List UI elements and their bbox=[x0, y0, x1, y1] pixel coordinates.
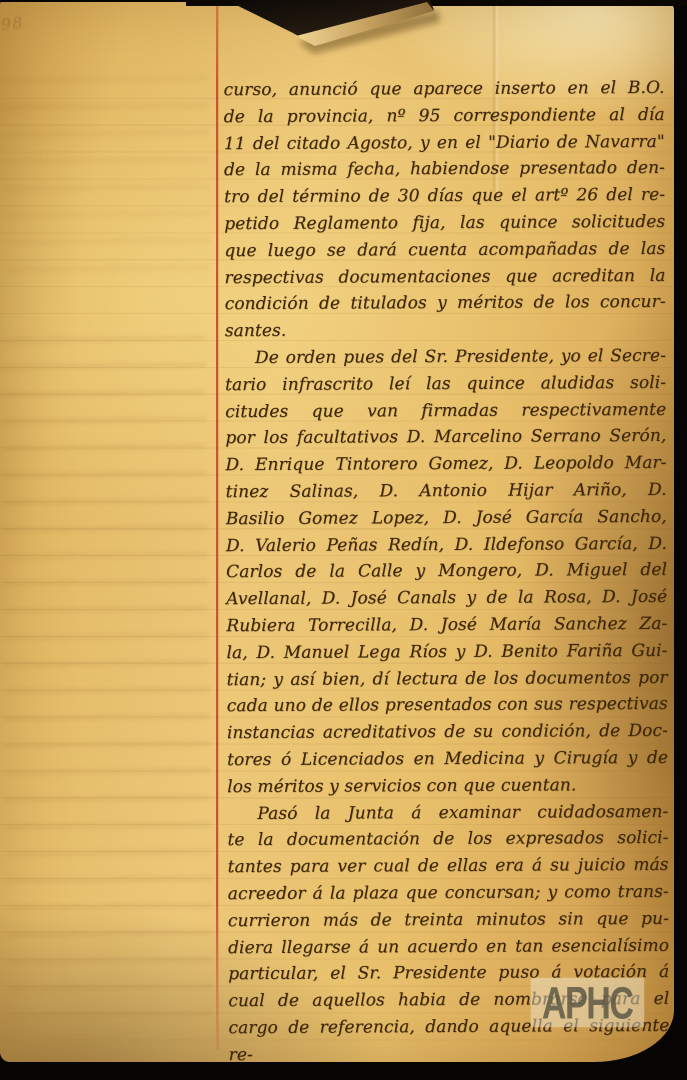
manuscript-line: santes. bbox=[225, 316, 666, 345]
manuscript-line: curso, anunció que aparece inserto en el… bbox=[223, 75, 664, 104]
manuscript-line: D. Valerio Peñas Redín, D. Ildefonso Gar… bbox=[226, 530, 667, 559]
manuscript-line: condición de titulados y méritos de los … bbox=[225, 289, 666, 318]
manuscript-line: tinez Salinas, D. Antonio Hijar Ariño, D… bbox=[226, 477, 667, 506]
manuscript-line: acreedor á la plaza que concursan; y com… bbox=[228, 879, 669, 908]
manuscript-line: por los facultativos D. Marcelino Serran… bbox=[225, 423, 666, 452]
manuscript-line: Avellanal, D. José Canals y de la Rosa, … bbox=[226, 584, 667, 613]
manuscript-line: la, D. Manuel Lega Ríos y D. Benito Fari… bbox=[226, 638, 667, 667]
manuscript-line: Pasó la Junta á examinar cuidadosamen- bbox=[227, 798, 668, 827]
manuscript-line: De orden pues del Sr. Presidente, yo el … bbox=[225, 343, 666, 372]
manuscript-line: de la provincia, nº 95 correspondiente a… bbox=[224, 102, 665, 131]
manuscript-line: tian; y así bien, dí lectura de los docu… bbox=[227, 664, 668, 693]
manuscript-line: diera llegarse á un acuerdo en tan esenc… bbox=[228, 932, 669, 961]
manuscript-line: Rubiera Torrecilla, D. José María Sanche… bbox=[226, 611, 667, 640]
manuscript-line: tantes para ver cual de ellas era á su j… bbox=[228, 852, 669, 881]
manuscript-line: cada uno de ellos presentados con sus re… bbox=[227, 691, 668, 720]
manuscript-line: que luego se dará cuenta acompañadas de … bbox=[224, 236, 665, 265]
manuscript-line: Basilio Gomez Lopez, D. José García Sanc… bbox=[226, 504, 667, 533]
manuscript-line: tario infrascrito leí las quince aludida… bbox=[225, 370, 666, 399]
manuscript-line: D. Enrique Tintorero Gomez, D. Leopoldo … bbox=[225, 450, 666, 479]
archive-watermark: APHC bbox=[531, 978, 644, 1027]
scanned-manuscript-page: 98 curso, anunció que aparece inserto en… bbox=[0, 0, 687, 1080]
manuscript-line: instancias acreditativos de su condición… bbox=[227, 718, 668, 747]
ink-bleed-through bbox=[3, 61, 210, 293]
ink-bleed-through bbox=[0, 321, 212, 1023]
manuscript-line: Carlos de la Calle y Mongero, D. Miguel … bbox=[226, 557, 667, 586]
manuscript-line: petido Reglamento fija, las quince solic… bbox=[224, 209, 665, 238]
manuscript-line: tores ó Licenciados en Medicina y Cirugí… bbox=[227, 745, 668, 774]
binder-clip-top-edge bbox=[0, 0, 687, 64]
manuscript-line: citudes que van firmadas respectivamente bbox=[225, 396, 666, 425]
manuscript-text: curso, anunció que aparece inserto en el… bbox=[223, 75, 669, 1042]
manuscript-line: 11 del citado Agosto, y en el "Diario de… bbox=[224, 128, 665, 157]
archive-watermark-text: APHC bbox=[542, 980, 633, 1025]
manuscript-line: currieron más de treinta minutos sin que… bbox=[228, 906, 669, 935]
manuscript-line: los méritos y servicios con que cuentan. bbox=[227, 772, 668, 801]
paper-sheet: 98 curso, anunció que aparece inserto en… bbox=[0, 2, 674, 1062]
manuscript-line: te la documentación de los expresados so… bbox=[227, 825, 668, 854]
red-margin-line bbox=[216, 2, 218, 1050]
manuscript-line: tro del término de 30 días que el artº 2… bbox=[224, 182, 665, 211]
manuscript-line: de la misma fecha, habiendose presentado… bbox=[224, 155, 665, 184]
manuscript-line: respectivas documentaciones que acredita… bbox=[224, 262, 665, 291]
